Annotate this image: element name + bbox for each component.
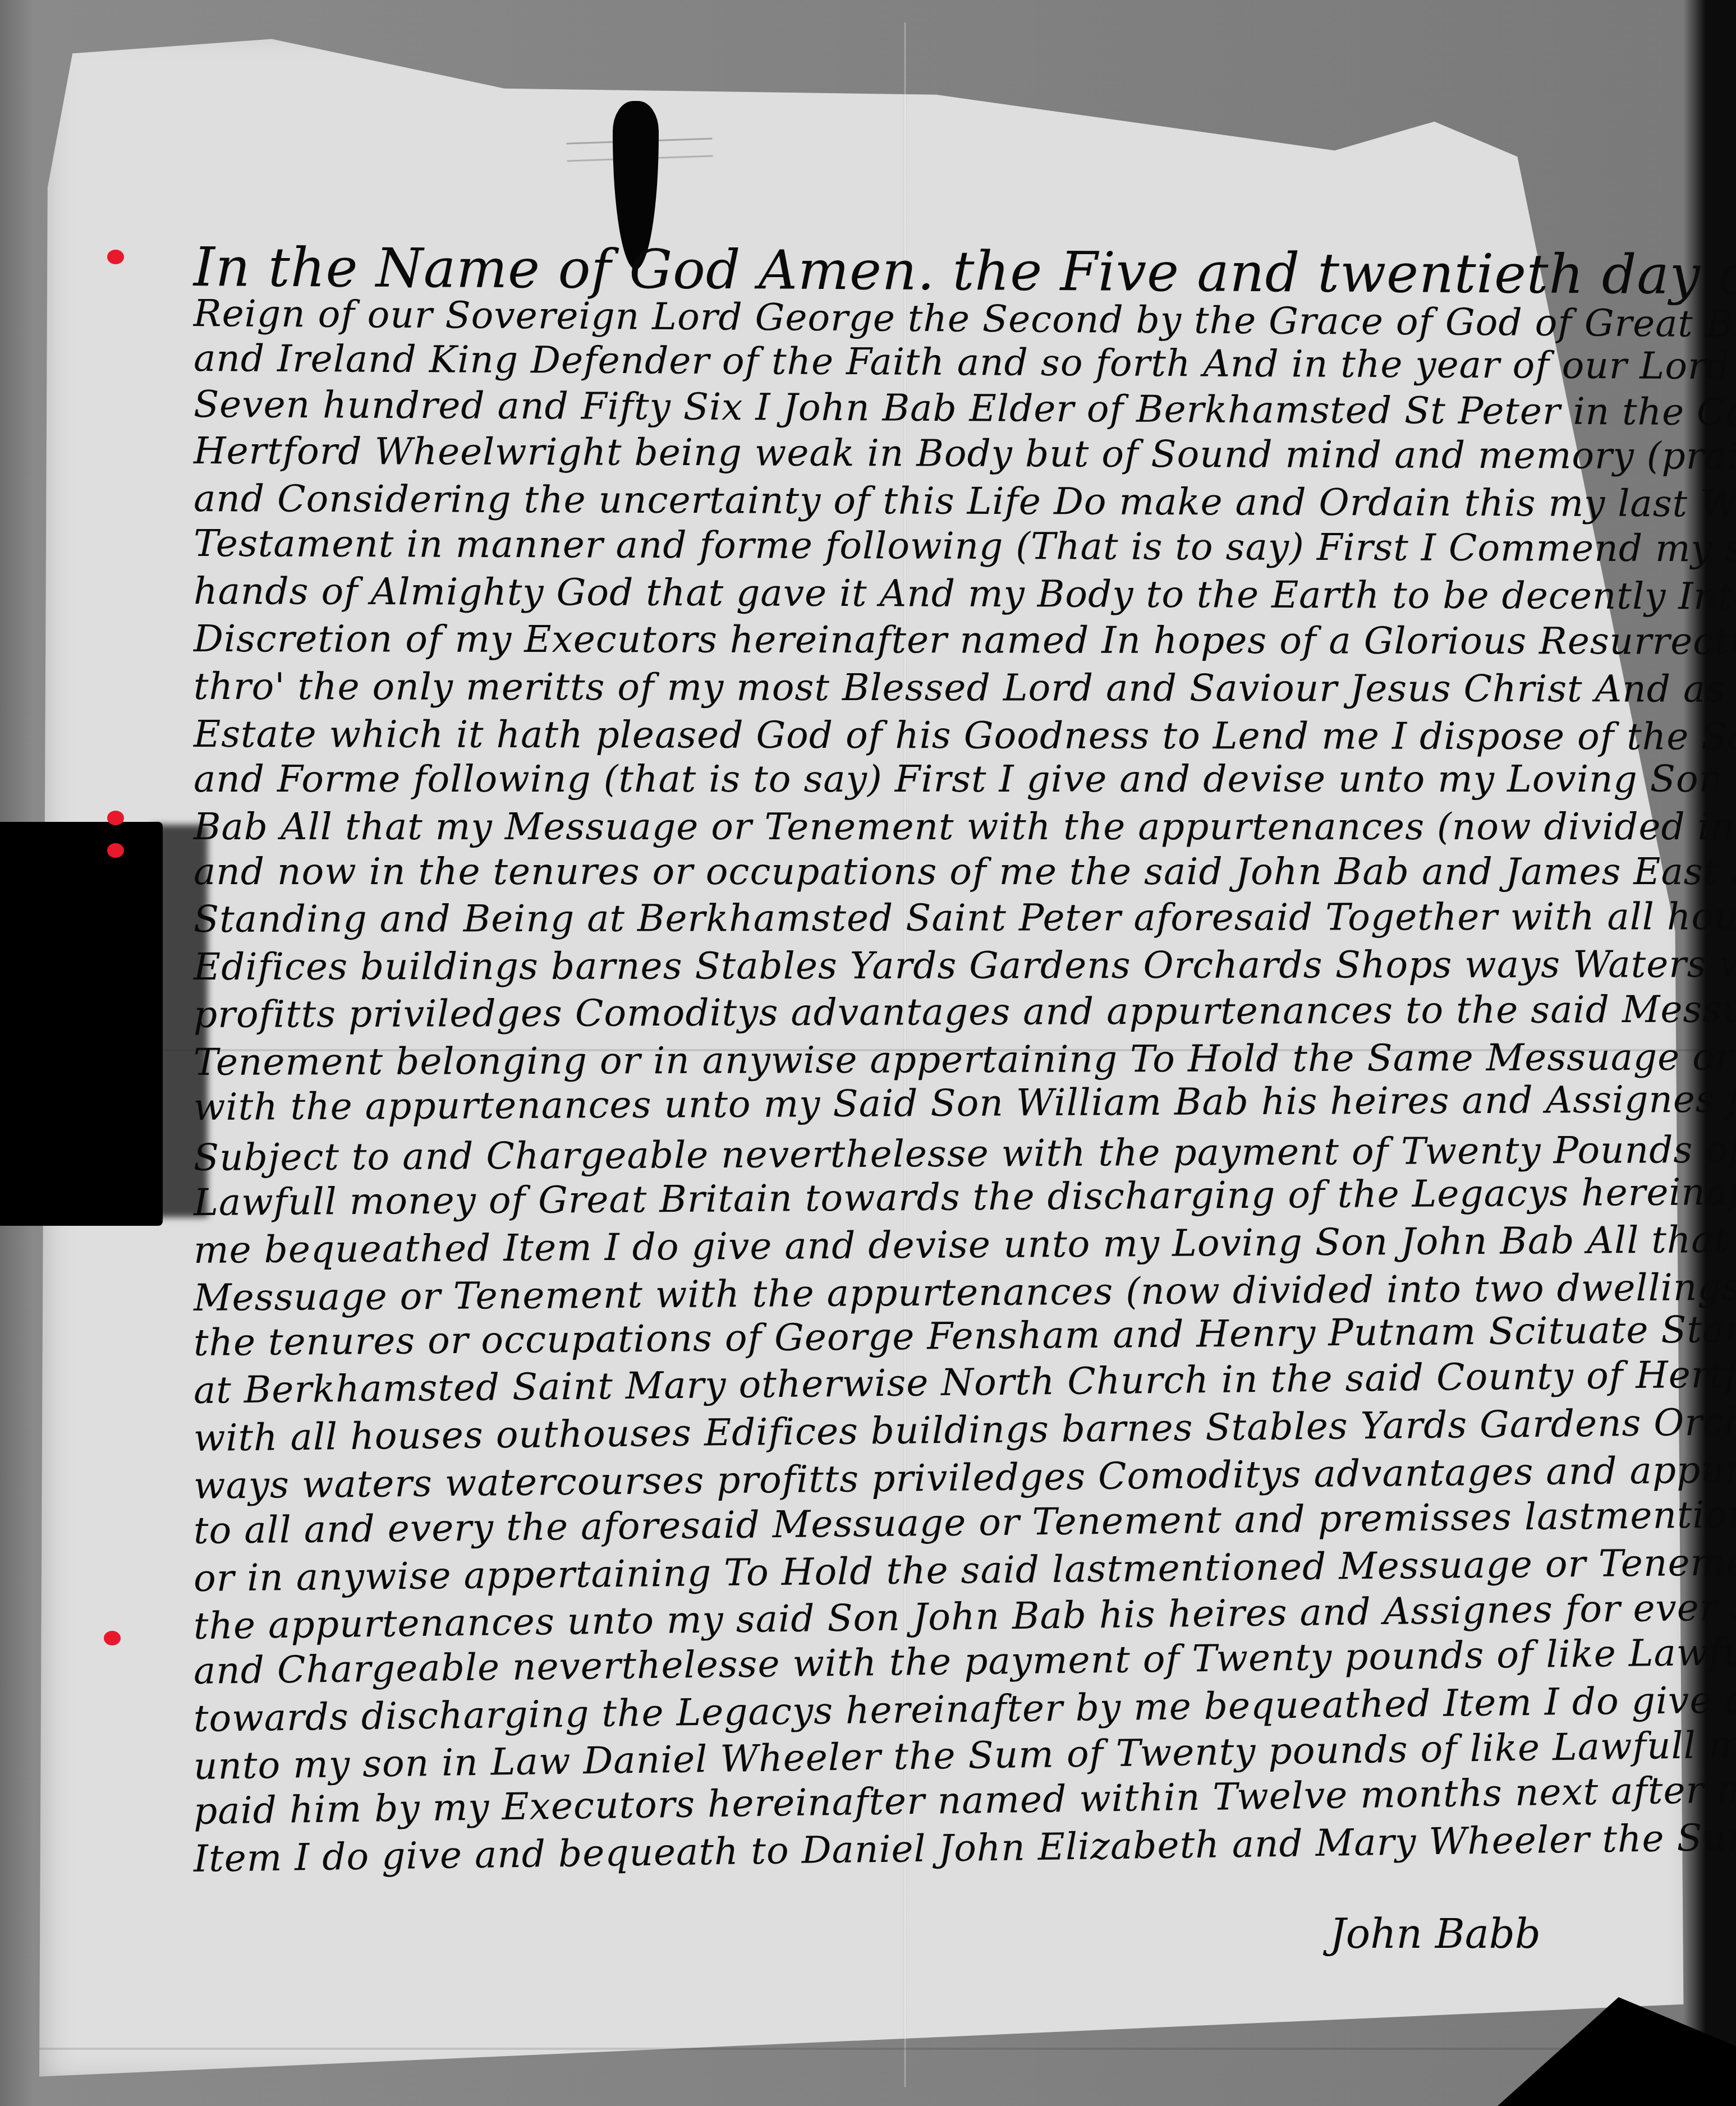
text-line: and now in the tenures or occupations of… bbox=[194, 850, 1736, 893]
text-line: thro' the only meritts of my most Blesse… bbox=[194, 665, 1736, 711]
text-line: and Considering the uncertainty of this … bbox=[194, 477, 1736, 526]
red-marker-dot[interactable] bbox=[107, 250, 124, 264]
text-line: with the appurtenances unto my Said Son … bbox=[194, 1077, 1736, 1129]
red-marker-dot[interactable] bbox=[104, 1631, 121, 1645]
red-marker-dot[interactable] bbox=[107, 843, 124, 858]
text-line: Edifices buildings barnes Stables Yards … bbox=[194, 942, 1736, 988]
text-line: Bab All that my Messuage or Tenement wit… bbox=[194, 805, 1736, 848]
text-line: Hertford Wheelwright being weak in Body … bbox=[194, 429, 1736, 479]
signature: John Babb bbox=[1330, 1910, 1541, 1957]
horizontal-fold bbox=[39, 2048, 1700, 2050]
binding-clip bbox=[0, 822, 163, 1226]
text-line: Testament in manner and forme following … bbox=[194, 522, 1736, 571]
text-line: and Forme following (that is to say) Fir… bbox=[194, 757, 1736, 801]
text-line: Discretion of my Executors hereinafter n… bbox=[194, 617, 1736, 664]
text-line: profitts priviledges Comoditys advantage… bbox=[194, 987, 1736, 1036]
text-line: Standing and Being at Berkhamsted Saint … bbox=[194, 894, 1736, 941]
red-marker-dot[interactable] bbox=[107, 811, 124, 825]
text-line: Tenement belonging or in anywise apperta… bbox=[194, 1034, 1736, 1084]
text-line: hands of Almighty God that gave it And m… bbox=[194, 569, 1736, 619]
text-line: Estate which it hath pleased God of his … bbox=[194, 712, 1736, 759]
